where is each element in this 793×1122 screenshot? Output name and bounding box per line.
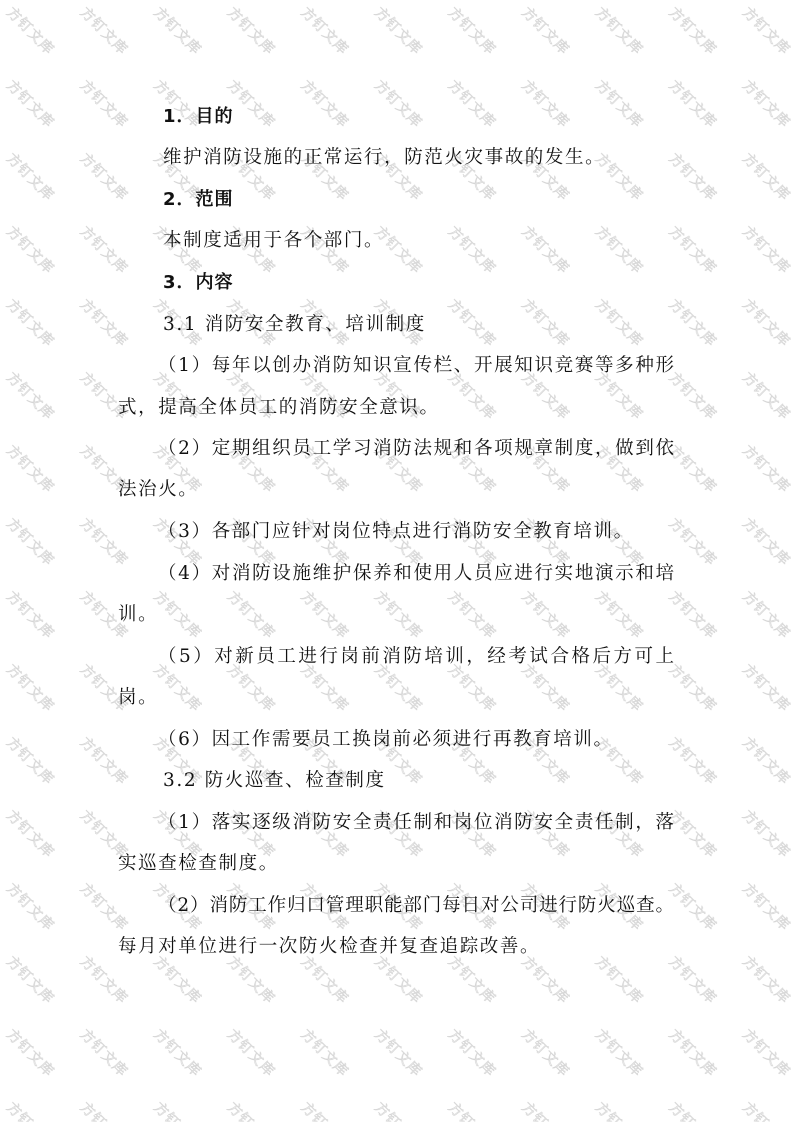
section-heading: 2．范围: [118, 188, 719, 212]
list-item-line: 式，提高全体员工的消防安全意识。: [118, 396, 674, 420]
list-item-line: （1）落实逐级消防安全责任制和岗位消防安全责任制，落: [118, 811, 674, 835]
list-item-line: （2）定期组织员工学习消防法规和各项规章制度，做到依: [118, 437, 674, 461]
paragraph: 本制度适用于各个部门。: [118, 229, 719, 253]
list-item-line: 实巡查检查制度。: [118, 852, 674, 876]
subsection-title: 3.2 防火巡查、检查制度: [118, 769, 719, 793]
list-item-line: （4）对消防设施维护保养和使用人员应进行实地演示和培: [118, 562, 674, 586]
subsection-title: 3.1 消防安全教育、培训制度: [118, 313, 719, 337]
section-heading: 3．内容: [118, 271, 719, 295]
list-item-line: （3）各部门应针对岗位特点进行消防安全教育培训。: [118, 520, 714, 544]
list-item-line: 训。: [118, 603, 674, 627]
paragraph: 维护消防设施的正常运行，防范火灾事故的发生。: [118, 146, 719, 170]
list-item-line: 法治火。: [118, 478, 674, 502]
list-item-line: （2）消防工作归口管理职能部门每日对公司进行防火巡查。: [118, 894, 674, 918]
list-item-line: （5）对新员工进行岗前消防培训，经考试合格后方可上: [118, 645, 674, 669]
list-item-line: （6）因工作需要员工换岗前必须进行再教育培训。: [118, 728, 714, 752]
section-heading: 1．目的: [118, 105, 719, 129]
list-item-line: 岗。: [118, 686, 674, 710]
list-item-line: （1）每年以创办消防知识宣传栏、开展知识竞赛等多种形: [118, 354, 674, 378]
list-item-line: 每月对单位进行一次防火检查并复查追踪改善。: [118, 935, 674, 959]
